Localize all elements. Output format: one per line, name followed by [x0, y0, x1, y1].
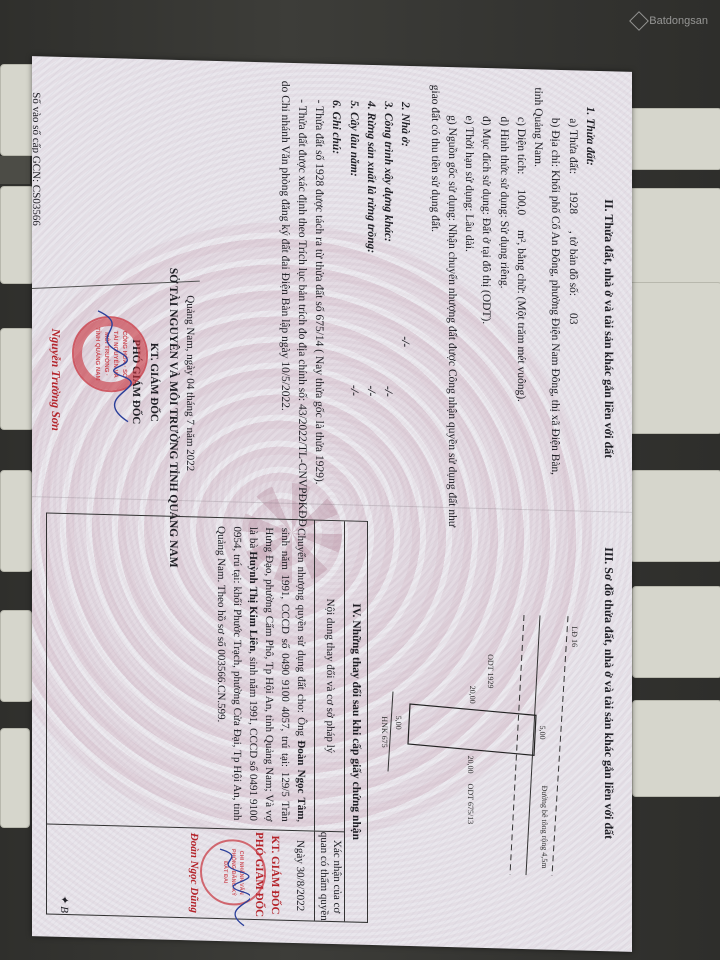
asset-row-forest: 4. Rừng sản xuất là rừng trồng:-/- — [362, 83, 379, 493]
watermark-brand: Batdongsan — [649, 15, 708, 27]
purpose-line: đ) Mục đích sử dụng: Đất ở tại đô thị (O… — [477, 86, 494, 496]
land-heading: 1. Thửa đất: — [581, 89, 598, 499]
purpose-label: đ) Mục đích sử dụng: — [481, 116, 493, 215]
sign-title-1: KT. GIÁM ĐỐC — [146, 267, 163, 497]
asset-row-house: 2. Nhà ở:-/- — [396, 84, 413, 494]
origin-label: g) Nguồn gốc sử dụng: — [446, 115, 458, 221]
map-sheet-label: , tờ bản đồ số: — [567, 231, 579, 297]
note-2: - Thửa đất được xác định theo Trích lục … — [293, 81, 310, 491]
svg-text:ODT 1929: ODT 1929 — [486, 654, 495, 689]
address-value: Khối phố Cổ An Đông, phường Điện Nam Đôn… — [550, 170, 562, 476]
svg-text:5,00: 5,00 — [538, 725, 547, 739]
col2-header: Xác nhận của cơ quan có thẩm quyền — [314, 832, 345, 922]
term-line: e) Thời hạn sử dụng: Lâu dài. — [460, 85, 477, 495]
buyer-1-name: Đoàn Ngọc Tâm — [295, 740, 307, 819]
chair-slat — [626, 108, 720, 170]
asset-row-constructions: 3. Công trình xây dựng khác:-/- — [379, 83, 396, 493]
section-ii-title: II. Thửa đất, nhà ở và tài sản khác gắn … — [600, 89, 618, 499]
chair-slat — [632, 586, 720, 678]
parcel-number: 1928 — [567, 177, 579, 228]
origin-continued: giao đất có thu tiền sử dụng đất. — [426, 84, 443, 494]
chair-gap — [0, 156, 30, 184]
signature-icon — [210, 847, 250, 928]
note-1: - Thửa đất số 1928 được tách ra từ thửa … — [310, 81, 327, 491]
address-label: b) Địa chỉ: — [550, 118, 562, 168]
svg-text:20,00: 20,00 — [468, 686, 477, 704]
origin-line: g) Nguồn gốc sử dụng: Nhận chuyển nhượng… — [443, 85, 460, 495]
area-unit: m², bằng chữ: (Một trăm mét vuông). — [515, 230, 527, 402]
note-3: do Chi nhánh Văn phòng đăng ký đất đai Đ… — [276, 81, 293, 491]
confirm-title-1: KT. GIÁM ĐỐC — [267, 830, 284, 919]
use-form-label: d) Hình thức sử dụng: — [498, 116, 510, 218]
svg-text:5,00: 5,00 — [394, 716, 403, 730]
address-line: b) Địa chỉ: Khối phố Cổ An Đông, phường … — [546, 88, 563, 498]
address-continued: tỉnh Quảng Nam. — [529, 87, 546, 497]
col1-header: Nội dung thay đổi và cơ sở pháp lý — [314, 521, 345, 832]
parcel-sketch-icon: Đường bê tông rộng 4,5m 20,00 20,00 5,00… — [378, 591, 598, 897]
chair-slat — [0, 470, 32, 572]
parcel-label: a) Thửa đất: — [567, 118, 579, 174]
chair-slat — [0, 728, 30, 828]
chair-slat — [0, 64, 36, 156]
origin-value: Nhận chuyển nhượng đất được Công nhận qu… — [446, 224, 458, 527]
chair-slat — [0, 610, 32, 702]
other-assets-list: 2. Nhà ở:-/- 3. Công trình xây dựng khác… — [276, 81, 414, 495]
chair-slat — [0, 328, 34, 430]
north-compass: ✦ B — [56, 894, 73, 913]
sign-date: Quảng Nam, ngày 04 tháng 7 năm 2022 — [182, 268, 199, 498]
section-iii-title: III. Sơ đồ thửa đất, nhà ở và tài sản kh… — [600, 527, 618, 937]
svg-text:ODT 675/13: ODT 675/13 — [466, 784, 475, 825]
section-iv-title: IV. Những thay đổi sau khi cấp giấy chứn… — [344, 521, 367, 922]
document-photo: II. Thửa đất, nhà ở và tài sản khác gắn … — [32, 56, 632, 952]
use-form-line: d) Hình thức sử dụng: Sử dụng riêng. — [495, 86, 512, 496]
signature-icon — [83, 305, 138, 426]
notes-label: 6. Ghi chú: — [327, 82, 344, 492]
confirmation-column: Xác nhận của cơ quan có thẩm quyền Ngày … — [47, 825, 345, 922]
svg-text:Đường bê tông rộng 4,5m: Đường bê tông rộng 4,5m — [540, 785, 549, 869]
issuing-office: SỞ TÀI NGUYÊN VÀ MÔI TRƯỜNG TỈNH QUẢNG N… — [164, 268, 181, 498]
use-form-value: Sử dụng riêng. — [498, 220, 510, 288]
svg-text:HNK 675: HNK 675 — [380, 716, 389, 748]
area-value: 100,0 — [515, 177, 527, 227]
signer-name: Nguyễn Trường Sơn — [47, 265, 65, 495]
registry-number: Số vào sổ cấp GCN: CS03566 — [32, 92, 44, 226]
parcel-diagram: Đường bê tông rộng 4,5m 20,00 20,00 5,00… — [378, 591, 598, 897]
chair-slat — [630, 470, 720, 562]
area-line: c) Diện tích: 100,0 m², bằng chữ: (Một t… — [512, 87, 529, 497]
change-entry: Chuyển nhượng quyền sử dụng đất cho: Ông… — [206, 518, 314, 831]
compass-star-icon: ✦ — [59, 894, 71, 904]
confirm-date: Ngày 30/8/2022 — [292, 831, 309, 920]
chair-slat — [0, 186, 34, 284]
parcel-line: a) Thửa đất: 1928 , tờ bản đồ số: 03 — [564, 88, 581, 498]
right-page: III. Sơ đồ thửa đất, nhà ở và tài sản kh… — [48, 513, 618, 938]
left-page: II. Thửa đất, nhà ở và tài sản khác gắn … — [48, 75, 618, 500]
chair-slat — [632, 700, 720, 797]
chair-slat — [626, 282, 720, 434]
term-value: Lâu dài. — [463, 214, 475, 252]
area-label: c) Diện tích: — [515, 117, 527, 175]
buyer-2-name: Huỳnh Thị Kim Liên — [247, 551, 259, 651]
map-sheet-number: 03 — [567, 299, 579, 325]
watermark: Batdongsan — [632, 14, 708, 28]
svg-text:LĐ 16: LĐ 16 — [570, 626, 579, 647]
purpose-value: Đất ở tại đô thị (ODT). — [481, 218, 493, 325]
svg-text:20,00: 20,00 — [466, 756, 475, 774]
changes-column: Nội dung thay đổi và cơ sở pháp lý Chuyể… — [47, 514, 345, 833]
asset-row-perennial: 5. Cây lâu năm:-/- — [345, 82, 362, 492]
batdongsan-logo-icon — [629, 11, 649, 31]
term-label: e) Thời hạn sử dụng: — [463, 115, 475, 211]
land-certificate: II. Thửa đất, nhà ở và tài sản khác gắn … — [32, 56, 632, 952]
